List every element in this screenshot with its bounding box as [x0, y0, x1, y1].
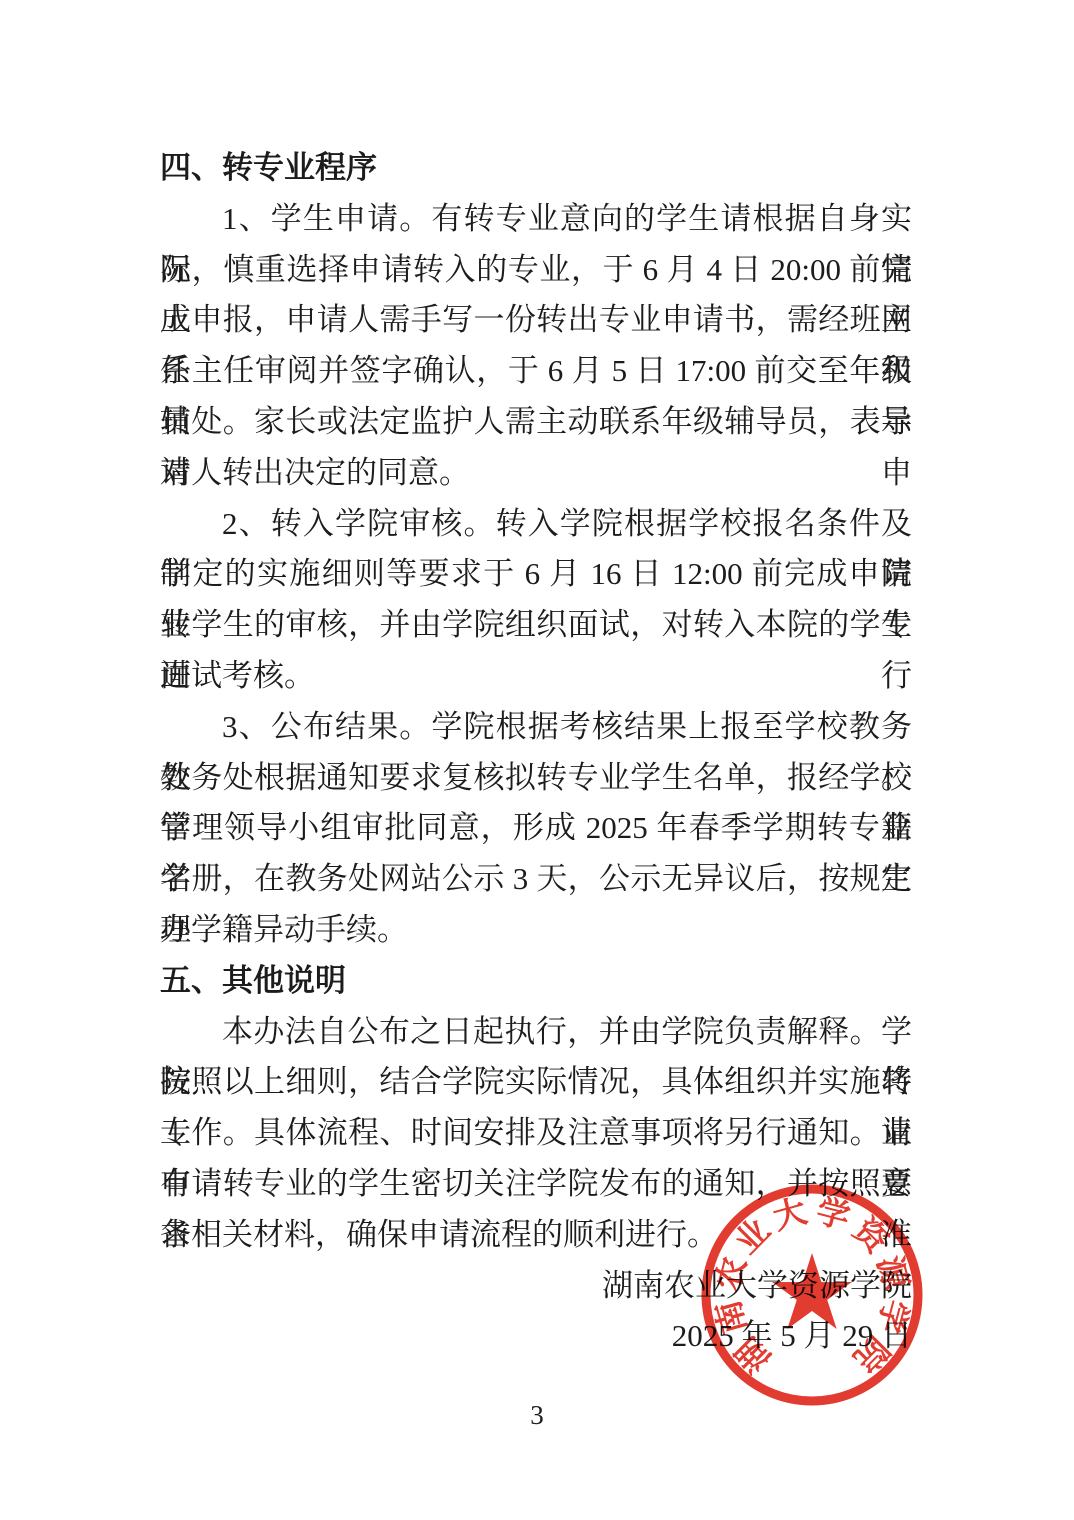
- text-line: 上申报，申请人需手写一份转出专业申请书，需经班主任和: [160, 295, 912, 346]
- section-heading-5: 五、其他说明: [160, 956, 912, 1007]
- section-heading-4: 四、转专业程序: [160, 143, 912, 194]
- document-page: 四、转专业程序 1、学生申请。有转专业意向的学生请根据自身实际情 况，慎重选择申…: [0, 0, 1074, 1520]
- text-line: 2、转入学院审核。转入学院根据学校报名条件及学院: [160, 499, 912, 550]
- text-line: 教务处根据通知要求复核拟转专业学生名单，报经学校学籍: [160, 753, 912, 804]
- text-line: 员处。家长或法定监护人需主动联系年级辅导员，表示对申: [160, 397, 912, 448]
- document-body: 四、转专业程序 1、学生申请。有转专业意向的学生请根据自身实际情 况，慎重选择申…: [160, 143, 912, 1362]
- text-line: 况，慎重选择申请转入的专业，于 6 月 4 日 20:00 前完成网: [160, 245, 912, 296]
- text-line: 名册，在教务处网站公示 3 天，公示无异议后，按规定办: [160, 854, 912, 905]
- page-number: 3: [0, 1398, 1074, 1432]
- text-line: 1、学生申请。有转专业意向的学生请根据自身实际情: [160, 194, 912, 245]
- text-line: 工作。具体流程、时间安排及注意事项将另行通知。请有意: [160, 1108, 912, 1159]
- text-line: 3、公布结果。学院根据考核结果上报至学校教务处。: [160, 702, 912, 753]
- text-line: 申请转专业的学生密切关注学院发布的通知，并按照要求准: [160, 1159, 912, 1210]
- text-line: 业学生的审核，并由学院组织面试，对转入本院的学生进行: [160, 600, 912, 651]
- text-line: 管理领导小组审批同意，形成 2025 年春季学期转专业学生: [160, 803, 912, 854]
- text-line: 本办法自公布之日起执行，并由学院负责解释。学院将: [160, 1007, 912, 1058]
- signature-date: 2025 年 5 月 29 日: [160, 1311, 912, 1362]
- text-line: 理学籍异动手续。: [160, 905, 912, 956]
- text-line: 制定的实施细则等要求于 6 月 16 日 12:00 前完成申请转专: [160, 549, 912, 600]
- signature-org: 湖南农业大学资源学院: [160, 1261, 912, 1312]
- text-line: 系主任审阅并签字确认，于 6 月 5 日 17:00 前交至年级辅导: [160, 346, 912, 397]
- text-line: 按照以上细则，结合学院实际情况，具体组织并实施转专业: [160, 1057, 912, 1108]
